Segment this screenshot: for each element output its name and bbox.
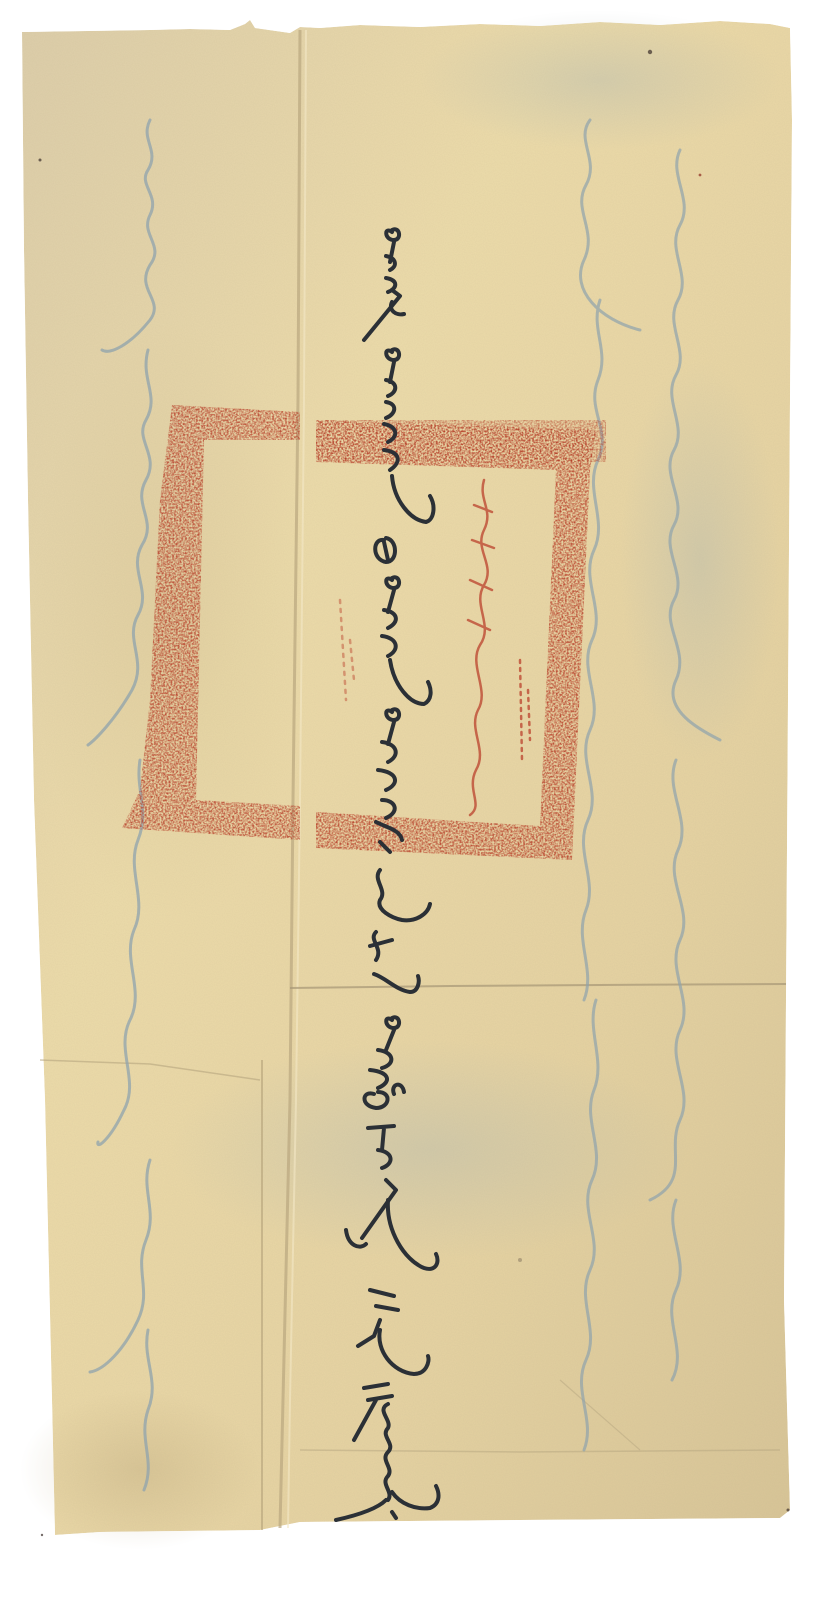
manuscript-scan [0,0,824,1600]
manuscript-page: Main vertical line of Mongolian script (… [0,0,824,1600]
